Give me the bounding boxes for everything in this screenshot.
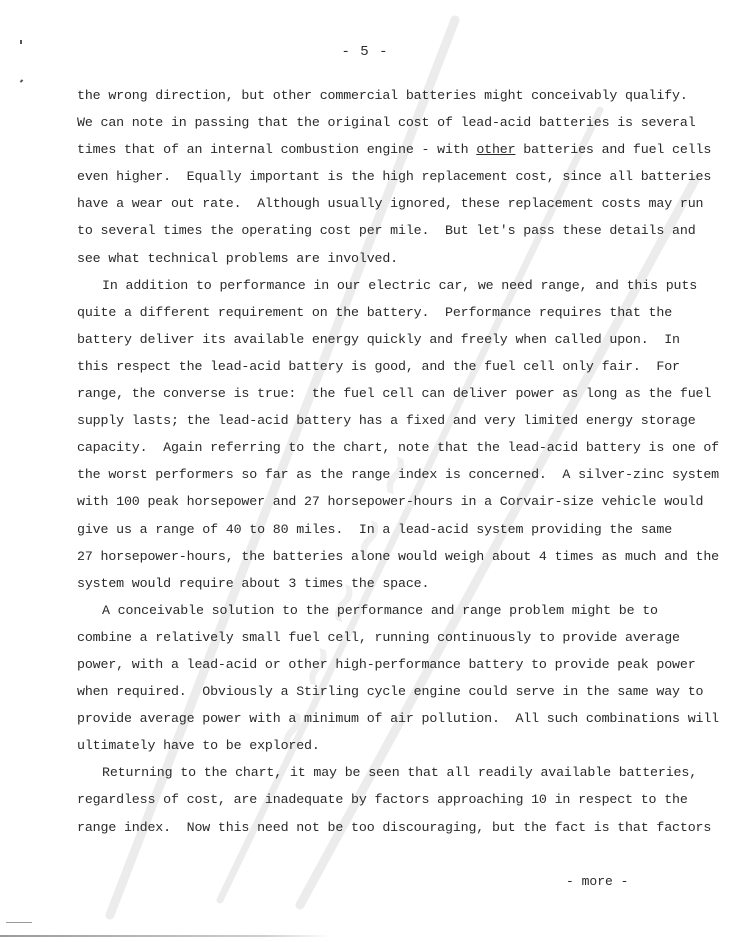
- page-number: - 5 -: [0, 44, 730, 60]
- document-page: ~ ~ ~ ~ ~ - 5 - the wrong direction, but…: [0, 0, 730, 942]
- text-line: capacity. Again referring to the chart, …: [77, 434, 677, 461]
- body-text: the wrong direction, but other commercia…: [77, 82, 677, 841]
- text-line: quite a different requirement on the bat…: [77, 299, 677, 326]
- paragraph: In addition to performance in our electr…: [77, 272, 677, 597]
- text-line: We can note in passing that the original…: [77, 109, 677, 136]
- text-line: even higher. Equally important is the hi…: [77, 163, 677, 190]
- text-line: supply lasts; the lead-acid battery has …: [77, 407, 677, 434]
- text-line: provide average power with a minimum of …: [77, 705, 677, 732]
- text-line: A conceivable solution to the performanc…: [77, 597, 677, 624]
- text-line: the worst performers so far as the range…: [77, 461, 677, 488]
- text-line: ultimately have to be explored.: [77, 732, 677, 759]
- page-edge-shadow: [0, 935, 330, 937]
- text-line: to several times the operating cost per …: [77, 217, 677, 244]
- text-line: see what technical problems are involved…: [77, 245, 677, 272]
- text-line: Returning to the chart, it may be seen t…: [77, 759, 677, 786]
- text-line: times that of an internal combustion eng…: [77, 136, 677, 163]
- text-line: 27 horsepower-hours, the batteries alone…: [77, 543, 677, 570]
- text-line: In addition to performance in our electr…: [77, 272, 677, 299]
- paragraph: A conceivable solution to the performanc…: [77, 597, 677, 760]
- text-line: with 100 peak horsepower and 27 horsepow…: [77, 488, 677, 515]
- text-line: the wrong direction, but other commercia…: [77, 82, 677, 109]
- text-line: power, with a lead-acid or other high-pe…: [77, 651, 677, 678]
- text-line: range, the converse is true: the fuel ce…: [77, 380, 677, 407]
- continuation-marker: - more -: [566, 874, 628, 889]
- text-line: when required. Obviously a Stirling cycl…: [77, 678, 677, 705]
- paragraph: Returning to the chart, it may be seen t…: [77, 759, 677, 840]
- underlined-word: other: [476, 142, 515, 157]
- text-line: regardless of cost, are inadequate by fa…: [77, 786, 677, 813]
- text-line: system would require about 3 times the s…: [77, 570, 677, 597]
- text-line: have a wear out rate. Although usually i…: [77, 190, 677, 217]
- text-line: combine a relatively small fuel cell, ru…: [77, 624, 677, 651]
- paragraph: the wrong direction, but other commercia…: [77, 82, 677, 272]
- text-line: range index. Now this need not be too di…: [77, 814, 677, 841]
- text-line: this respect the lead-acid battery is go…: [77, 353, 677, 380]
- text-line: give us a range of 40 to 80 miles. In a …: [77, 516, 677, 543]
- scan-mark: [6, 922, 32, 923]
- text-line: battery deliver its available energy qui…: [77, 326, 677, 353]
- scan-speck: [20, 79, 24, 83]
